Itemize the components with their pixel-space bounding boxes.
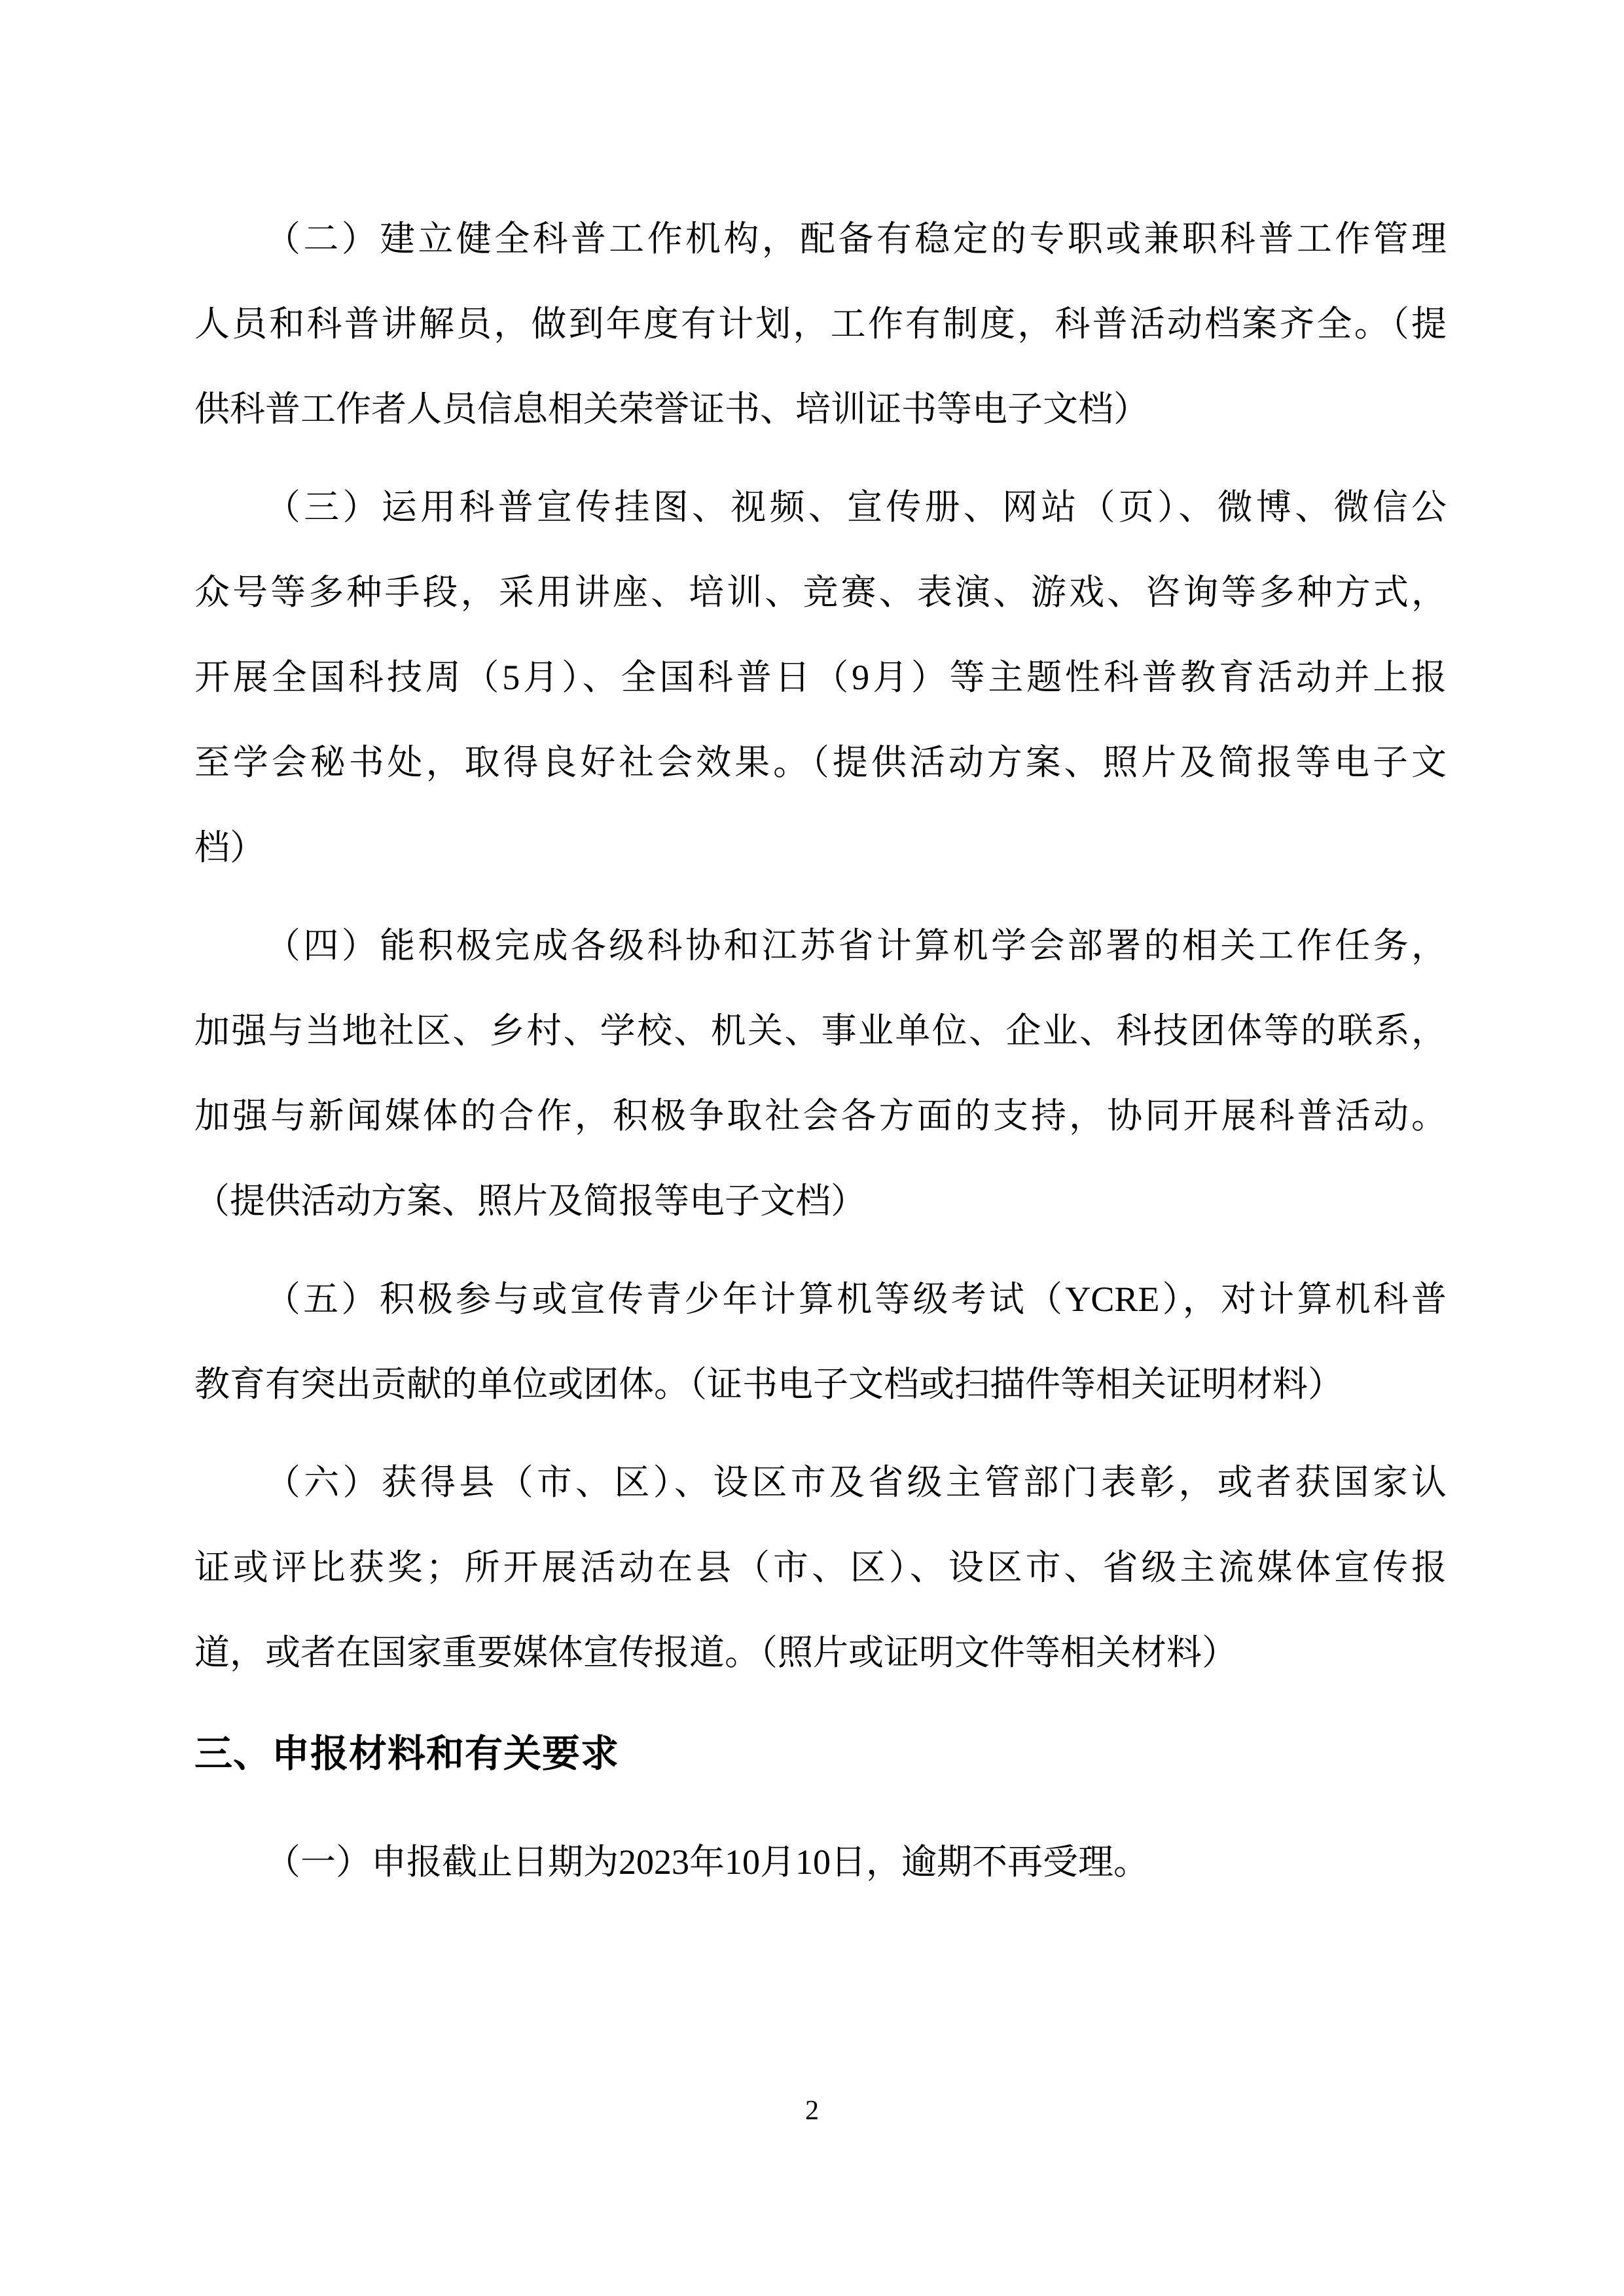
paragraph-criteria-5: （五）积极参与或宣传青少年计算机等级考试（YCRE），对计算机科普 教育有突出贡…: [194, 1257, 1447, 1427]
text-line: 档）: [194, 805, 1447, 890]
text-line: （二）建立健全科普工作机构，配备有稳定的专职或兼职科普工作管理: [194, 196, 1447, 281]
text-line: （提供活动方案、照片及简报等电子文档）: [194, 1158, 1447, 1244]
text-line: （五）积极参与或宣传青少年计算机等级考试（YCRE），对计算机科普: [194, 1257, 1447, 1342]
text-line: 供科普工作者人员信息相关荣誉证书、培训证书等电子文档）: [194, 367, 1447, 452]
text-line: 道，或者在国家重要媒体宣传报道。（照片或证明文件等相关材料）: [194, 1610, 1447, 1695]
text-line: 至学会秘书处，取得良好社会效果。（提供活动方案、照片及简报等电子文: [194, 720, 1447, 805]
text-line: 教育有突出贡献的单位或团体。（证书电子文档或扫描件等相关证明材料）: [194, 1342, 1447, 1427]
text-line: 众号等多种手段，采用讲座、培训、竞赛、表演、游戏、咨询等多种方式，: [194, 550, 1447, 635]
paragraph-criteria-6: （六）获得县（市、区）、设区市及省级主管部门表彰，或者获国家认 证或评比获奖；所…: [194, 1440, 1447, 1695]
page-number: 2: [0, 2088, 1624, 2134]
section-heading-text: 三、申报材料和有关要求: [194, 1712, 1447, 1797]
document-page: （二）建立健全科普工作机构，配备有稳定的专职或兼职科普工作管理 人员和科普讲解员…: [0, 0, 1624, 2296]
document-body: （二）建立健全科普工作机构，配备有稳定的专职或兼职科普工作管理 人员和科普讲解员…: [194, 196, 1447, 1905]
text-line: 开展全国科技周（5月）、全国科普日（9月）等主题性科普教育活动并上报: [194, 635, 1447, 720]
paragraph-deadline: （一）申报截止日期为2023年10月10日，逾期不再受理。: [194, 1820, 1447, 1905]
text-line: 证或评比获奖；所开展活动在县（市、区）、设区市、省级主流媒体宣传报: [194, 1525, 1447, 1610]
paragraph-criteria-4: （四）能积极完成各级科协和江苏省计算机学会部署的相关工作任务， 加强与当地社区、…: [194, 903, 1447, 1244]
paragraph-criteria-3: （三）运用科普宣传挂图、视频、宣传册、网站（页）、微博、微信公 众号等多种手段，…: [194, 465, 1447, 890]
text-line: 加强与当地社区、乡村、学校、机关、事业单位、企业、科技团体等的联系，: [194, 988, 1447, 1073]
text-line: （四）能积极完成各级科协和江苏省计算机学会部署的相关工作任务，: [194, 903, 1447, 988]
text-line: （三）运用科普宣传挂图、视频、宣传册、网站（页）、微博、微信公: [194, 465, 1447, 550]
paragraph-criteria-2: （二）建立健全科普工作机构，配备有稳定的专职或兼职科普工作管理 人员和科普讲解员…: [194, 196, 1447, 452]
text-line: （六）获得县（市、区）、设区市及省级主管部门表彰，或者获国家认: [194, 1440, 1447, 1525]
section-heading-materials-requirements: 三、申报材料和有关要求: [194, 1712, 1447, 1797]
text-line: 人员和科普讲解员，做到年度有计划，工作有制度，科普活动档案齐全。（提: [194, 281, 1447, 367]
text-line: 加强与新闻媒体的合作，积极争取社会各方面的支持，协同开展科普活动。: [194, 1073, 1447, 1158]
text-line: （一）申报截止日期为2023年10月10日，逾期不再受理。: [194, 1820, 1447, 1905]
